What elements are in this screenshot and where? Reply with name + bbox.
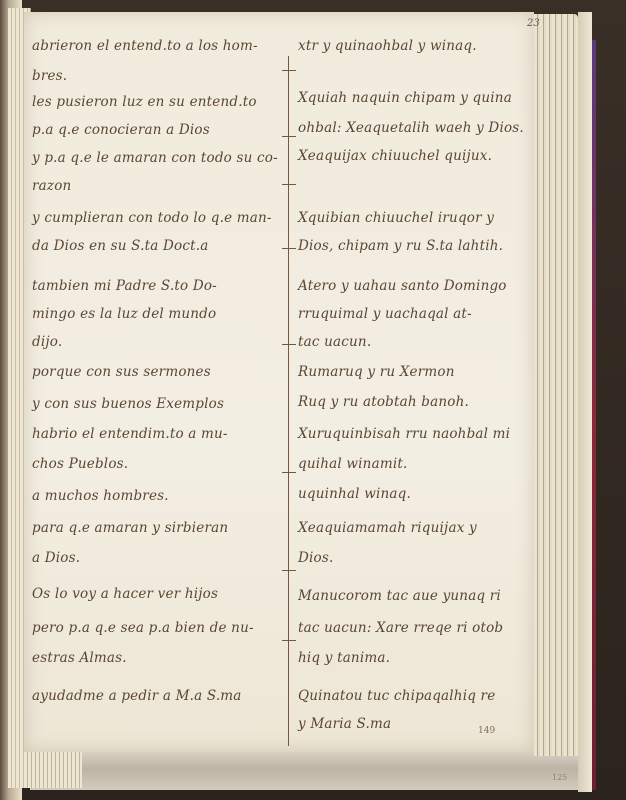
divider-tick xyxy=(282,248,296,249)
text-line: tac uacun: Xare rreqe ri otob xyxy=(298,620,503,636)
pencil-page-number: 149 xyxy=(478,726,495,736)
text-line: hiq y tanima. xyxy=(298,650,390,666)
text-line: uquinhal winaq. xyxy=(298,486,411,502)
divider-tick xyxy=(282,570,296,571)
text-line: da Dios en su S.ta Doct.a xyxy=(32,238,208,254)
text-line: quihal winamit. xyxy=(298,456,407,472)
text-line: chos Pueblos. xyxy=(32,456,128,472)
text-line: Rumaruq y ru Xermon xyxy=(298,364,455,380)
text-line: Quinatou tuc chipaqalhiq re xyxy=(298,688,495,704)
column-divider-rule xyxy=(288,56,289,746)
folio-number: 23 xyxy=(527,18,540,29)
text-line: y Maria S.ma xyxy=(298,716,391,732)
text-line: estras Almas. xyxy=(32,650,127,666)
text-line: Xeaquiamamah riquijax y xyxy=(298,520,477,536)
text-line: abrieron el entend.to a los hom- xyxy=(32,38,258,54)
bottom-board-edge xyxy=(30,752,590,790)
text-line: tac uacun. xyxy=(298,334,371,350)
text-line: y con sus buenos Exemplos xyxy=(32,396,224,412)
right-board-edge xyxy=(578,12,592,792)
divider-tick xyxy=(282,136,296,137)
text-line: Atero y uahau santo Domingo xyxy=(298,278,507,294)
text-line: Manucorom tac aue yunaq ri xyxy=(298,588,501,604)
text-line: mingo es la luz del mundo xyxy=(32,306,216,322)
text-line: p.a q.e conocieran a Dios xyxy=(32,122,210,138)
text-line: y cumplieran con todo lo q.e man- xyxy=(32,210,272,226)
text-line: ohbal: Xeaquetalih waeh y Dios. xyxy=(298,120,524,136)
divider-tick xyxy=(282,344,296,345)
text-line: ayudadme a pedir a M.a S.ma xyxy=(32,688,242,704)
text-line: pero p.a q.e sea p.a bien de nu- xyxy=(32,620,254,636)
text-line: razon xyxy=(32,178,71,194)
text-line: bres. xyxy=(32,68,67,84)
text-line: a Dios. xyxy=(32,550,80,566)
text-line: Ruq y ru atobtah banoh. xyxy=(298,394,469,410)
divider-tick xyxy=(282,184,296,185)
red-cover-edge xyxy=(592,40,596,790)
text-line: y p.a q.e le amaran con todo su co- xyxy=(32,150,278,166)
text-line: xtr y quinaohbal y winaq. xyxy=(298,38,477,54)
text-line: Dios. xyxy=(298,550,334,566)
text-line: Xuruquinbisah rru naohbal mi xyxy=(298,426,510,442)
text-line: porque con sus sermones xyxy=(32,364,211,380)
divider-tick xyxy=(282,640,296,641)
pencil-note-bottom: 125 xyxy=(552,773,567,782)
divider-tick xyxy=(282,472,296,473)
text-line: Os lo voy a hacer ver hijos xyxy=(32,586,218,602)
text-line: a muchos hombres. xyxy=(32,488,169,504)
text-line: Xquiah naquin chipam y quina xyxy=(298,90,512,106)
right-page-edges xyxy=(534,14,578,756)
text-line: les pusieron luz en su entend.to xyxy=(32,94,257,110)
text-line: para q.e amaran y sirbieran xyxy=(32,520,228,536)
text-line: tambien mi Padre S.to Do- xyxy=(32,278,217,294)
text-line: dijo. xyxy=(32,334,62,350)
text-line: rruquimal y uachaqal at- xyxy=(298,306,472,322)
divider-tick xyxy=(282,70,296,71)
text-line: habrio el entendim.to a mu- xyxy=(32,426,228,442)
text-line: Dios, chipam y ru S.ta lahtih. xyxy=(298,238,503,254)
bottom-left-page-stack xyxy=(24,752,82,788)
text-line: Xquibian chiuuchel iruqor y xyxy=(298,210,494,226)
text-line: Xeaquijax chiuuchel quijux. xyxy=(298,148,492,164)
